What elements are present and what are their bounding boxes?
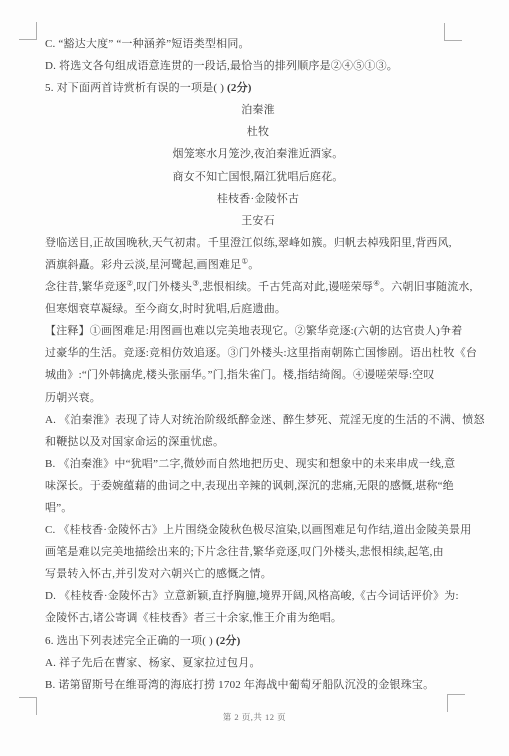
text-segment: 历朝兴衰。 <box>45 392 101 404</box>
text-line: B. 诺第留斯号在维哥湾的海底打捞 1702 年海战中葡萄牙船队沉没的金银珠宝。 <box>45 674 471 696</box>
text-segment: 商女不知亡国恨,隔江犹唱后庭花。 <box>173 171 344 183</box>
text-line: C. “豁达大度” “一种涵养”短语类型相同。 <box>45 33 471 55</box>
text-segment: C. 《桂枝香·金陵怀古》上片围绕金陵秋色极尽渲染,以画图难足句作结,道出金陵美… <box>45 524 471 536</box>
text-segment: D. 将选文各句组成语意连贯的一段话,最恰当的排列顺序是②④⑤①③。 <box>45 60 398 72</box>
text-segment: ,叹门外楼头 <box>133 281 192 293</box>
text-segment: 【注释】①画图难足:用图画也难以完美地表现它。②繁华竞逐:(六朝的达官贵人)争着 <box>45 325 462 337</box>
text-segment: 烟笼寒水月笼沙,夜泊秦淮近酒家。 <box>173 148 344 160</box>
note-superscript: ④ <box>373 278 380 287</box>
text-line: 过豪华的生活。竞逐:竞相仿效追逐。③门外楼头:这里指南朝陈亡国惨剧。语出杜牧《台 <box>45 342 471 364</box>
text-segment: 5. 对下面两首诗赏析有误的一项是( ) <box>45 82 227 94</box>
text-line: 杜牧 <box>45 121 471 143</box>
text-line: 王安石 <box>45 210 471 232</box>
text-segment: 但寒烟衰草凝绿。至今商女,时时犹唱,后庭遗曲。 <box>45 303 286 315</box>
text-line: A. 祥子先后在曹家、杨家、夏家拉过包月。 <box>45 652 471 674</box>
text-line: 画笔是难以完美地描绘出来的;下片念往昔,繁华竞逐,叹门外楼头,悲恨相续,起笔,由 <box>45 541 471 563</box>
text-line: 金陵怀古,诸公寄调《桂枝香》者三十余家,惟王介甫为绝唱。 <box>45 607 471 629</box>
text-segment: 。 <box>248 259 259 271</box>
exam-paper-page: C. “豁达大度” “一种涵养”短语类型相同。D. 将选文各句组成语意连贯的一段… <box>0 0 509 756</box>
text-segment: A. 祥子先后在曹家、杨家、夏家拉过包月。 <box>45 657 261 669</box>
page-footer: 第 2 页,共 12 页 <box>0 711 509 723</box>
text-line: 5. 对下面两首诗赏析有误的一项是( ) (2分) <box>45 77 471 99</box>
text-line: 烟笼寒水月笼沙,夜泊秦淮近酒家。 <box>45 143 471 165</box>
text-line: 写景转入怀古,并引发对六朝兴亡的感慨之情。 <box>45 563 471 585</box>
text-line: 味深长。于委婉蕴藉的曲词之中,表现出辛辣的讽刺,深沉的悲痛,无限的感慨,堪称“绝 <box>45 475 471 497</box>
text-segment: 泊秦淮 <box>241 104 275 116</box>
text-segment: (2分) <box>227 82 252 94</box>
text-segment: 酒旗斜矗。彩舟云淡,星河鹭起,画图难足 <box>45 259 241 271</box>
text-segment: 过豪华的生活。竞逐:竞相仿效追逐。③门外楼头:这里指南朝陈亡国惨剧。语出杜牧《台 <box>45 347 477 359</box>
text-segment: 王安石 <box>241 215 275 227</box>
text-segment: 杜牧 <box>247 126 269 138</box>
text-line: 泊秦淮 <box>45 99 471 121</box>
text-line: 酒旗斜矗。彩舟云淡,星河鹭起,画图难足①。 <box>45 254 471 276</box>
text-segment: C. “豁达大度” “一种涵养”短语类型相同。 <box>45 38 250 50</box>
text-line: 6. 选出下列表述完全正确的一项( ) (2分) <box>45 630 471 652</box>
text-segment: 写景转入怀古,并引发对六朝兴亡的感慨之情。 <box>45 568 272 580</box>
text-line: 唱”。 <box>45 497 471 519</box>
text-line: 念往昔,繁华竞逐②,叹门外楼头③,悲恨相续。千古凭高对此,谩嗟荣辱④。六朝旧事随… <box>45 276 471 298</box>
text-line: B. 《泊秦淮》中“犹唱”二字,微妙而自然地把历史、现实和想象中的未来串成一线,… <box>45 453 471 475</box>
text-segment: 唱”。 <box>45 502 72 514</box>
text-segment: 味深长。于委婉蕴藉的曲词之中,表现出辛辣的讽刺,深沉的悲痛,无限的感慨,堪称“绝 <box>45 480 454 492</box>
text-segment: 6. 选出下列表述完全正确的一项( ) <box>45 635 216 647</box>
text-segment: 和鞭挞以及对国家命运的深重忧虑。 <box>45 436 224 448</box>
text-line: 桂枝香·金陵怀古 <box>45 188 471 210</box>
text-segment: A. 《泊秦淮》表现了诗人对统治阶级纸醉金迷、醉生梦死、荒淫无度的生活的不满、愤… <box>45 414 485 426</box>
text-segment: 金陵怀古,诸公寄调《桂枝香》者三十余家,惟王介甫为绝唱。 <box>45 612 342 624</box>
text-segment: 画笔是难以完美地描绘出来的;下片念往昔,繁华竞逐,叹门外楼头,悲恨相续,起笔,由 <box>45 546 444 558</box>
text-line: 【注释】①画图难足:用图画也难以完美地表现它。②繁华竞逐:(六朝的达官贵人)争着 <box>45 320 471 342</box>
text-line: D. 将选文各句组成语意连贯的一段话,最恰当的排列顺序是②④⑤①③。 <box>45 55 471 77</box>
crop-mark-bottom-right <box>447 694 465 712</box>
text-line: 但寒烟衰草凝绿。至今商女,时时犹唱,后庭遗曲。 <box>45 298 471 320</box>
text-segment: 登临送目,正故国晚秋,天气初肃。千里澄江似练,翠峰如簇。归帆去棹残阳里,背西风, <box>45 237 452 249</box>
text-segment: (2分) <box>216 635 241 647</box>
text-segment: D. 《桂枝香·金陵怀古》立意新颖,直抒胸臆,境界开阔,风格高峻,《古今词话评价… <box>45 590 459 602</box>
text-segment: 。六朝旧事随流水, <box>380 281 473 293</box>
crop-mark-top-left <box>19 22 37 40</box>
document-lines: C. “豁达大度” “一种涵养”短语类型相同。D. 将选文各句组成语意连贯的一段… <box>45 33 471 696</box>
text-segment: B. 诺第留斯号在维哥湾的海底打捞 1702 年海战中葡萄牙船队沉没的金银珠宝。 <box>45 679 434 691</box>
text-line: 商女不知亡国恨,隔江犹唱后庭花。 <box>45 166 471 188</box>
text-line: A. 《泊秦淮》表现了诗人对统治阶级纸醉金迷、醉生梦死、荒淫无度的生活的不满、愤… <box>45 409 471 431</box>
text-line: 登临送目,正故国晚秋,天气初肃。千里澄江似练,翠峰如簇。归帆去棹残阳里,背西风, <box>45 232 471 254</box>
text-line: C. 《桂枝香·金陵怀古》上片围绕金陵秋色极尽渲染,以画图难足句作结,道出金陵美… <box>45 519 471 541</box>
text-line: 城曲》:“门外韩擒虎,楼头张丽华。”门,指朱雀门。楼,指结绮阁。④谩嗟荣辱:空叹 <box>45 364 471 386</box>
text-segment: 城曲》:“门外韩擒虎,楼头张丽华。”门,指朱雀门。楼,指结绮阁。④谩嗟荣辱:空叹 <box>45 369 435 381</box>
text-line: 历朝兴衰。 <box>45 387 471 409</box>
text-segment: 桂枝香·金陵怀古 <box>217 193 299 205</box>
text-segment: ,悲恨相续。千古凭高对此,谩嗟荣辱 <box>199 281 373 293</box>
text-segment: B. 《泊秦淮》中“犹唱”二字,微妙而自然地把历史、现实和想象中的未来串成一线,… <box>45 458 455 470</box>
text-line: 和鞭挞以及对国家命运的深重忧虑。 <box>45 431 471 453</box>
text-line: D. 《桂枝香·金陵怀古》立意新颖,直抒胸臆,境界开阔,风格高峻,《古今词话评价… <box>45 585 471 607</box>
text-segment: 念往昔,繁华竞逐 <box>45 281 126 293</box>
